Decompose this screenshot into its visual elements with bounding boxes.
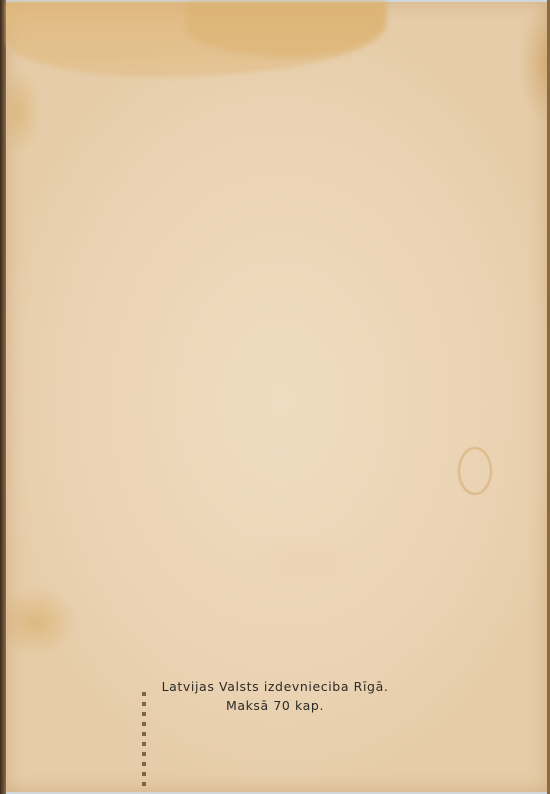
price-line: Maksā 70 kap. [0, 696, 550, 715]
publisher-line: Latvijas Valsts izdevnieciba Rīgā. [0, 677, 550, 696]
ring-stain [458, 447, 492, 495]
back-cover-page [6, 2, 548, 792]
publisher-imprint: Latvijas Valsts izdevnieciba Rīgā. Maksā… [0, 677, 550, 715]
